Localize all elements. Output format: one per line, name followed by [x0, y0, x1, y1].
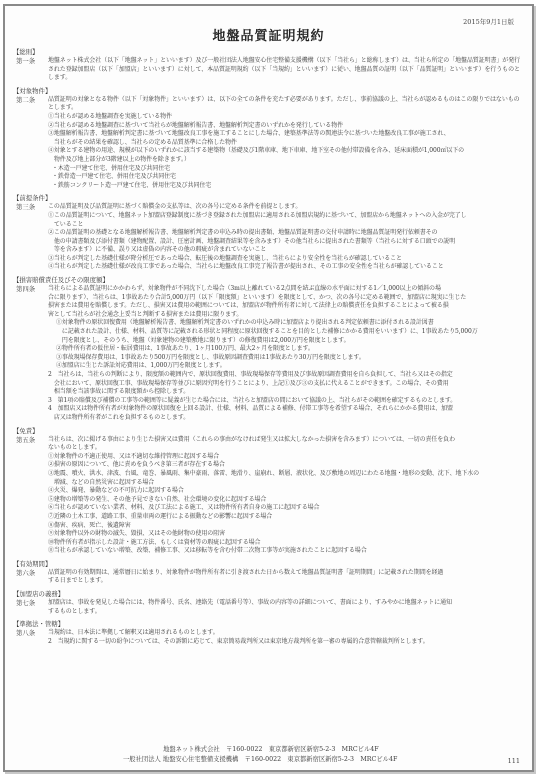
section-target-property: 【対象物件】 第二条 品質証明の対象となる物件（以下「対象物件」といいます）は、… — [13, 87, 522, 191]
numbered-paragraph: 会社において、原状回復工事、事故現場保存等並びに原因究明を行うことにより、上記①… — [48, 380, 522, 389]
article-text: 合に限ります）、当社らは、1事故あたり合計5,000万円（以下「限度額」といいま… — [48, 294, 522, 303]
list-item: ③地震、噴火、洪水、津波、台風、竜巻、暴風雨、集中豪雨、落雷、地滑り、崖崩れ、断… — [48, 470, 522, 479]
sub-item: ・鉄筋コンクリート造一戸建て住宅、併用住宅及び共同住宅 — [48, 182, 522, 191]
list-item: ①当社らが認める地盤調査を実施している物件 — [48, 113, 522, 122]
list-item: ①対象物件の原状回復費用（地盤解析報告書、地盤解析判定書のいずれかの申込み時に加… — [48, 319, 522, 328]
list-item: ⑨対象物件以外の財物の滅失、毀損、又はその他財物の使用の阻害 — [48, 530, 522, 539]
section-governing-law: 【準拠法・管轄】 第八条 当規約は、日本法に準拠して解釈又は適用されるものとしま… — [13, 620, 522, 646]
list-item: 等を含みます）に不備、誤り又は虚偽の内容その他の瑕疵が含まれていないこと — [48, 246, 522, 255]
article-text: 当社らは、次に掲げる事由により生じた損害又は費用（これらの事由がなければ発生又は… — [48, 436, 522, 445]
document-body: 【総則】 第一条 地盤ネット株式会社（以下「地盤ネット」といいます）及び一般社団… — [13, 48, 522, 650]
article-text: 地盤ネット株式会社（以下「地盤ネット」といいます）及び一般社団法人地盤安心住宅整… — [48, 57, 522, 83]
sub-item: ・木造一戸建て住宅、併用住宅及び共同住宅 — [48, 165, 522, 174]
section-heading: 【免責】 — [13, 427, 522, 436]
article-text: 品質証明の対象となる物件（以下「対象物件」といいます）は、以下の全ての条件を充た… — [48, 96, 522, 113]
article-text: この品質証明及び品質証明に基づく賠償金の支払等は、次の各号に定める条件を前提とし… — [48, 203, 522, 212]
section-member-obligations: 【加盟店の義務】 第七条 加盟店は、事故を発見した場合には、物件番号、氏名、連絡… — [13, 590, 522, 616]
article-number: 第八条 — [13, 629, 48, 646]
article-6: 第六条 品質証明の有効期間は、通常暦日に始まり、対象物件が物件所有者に引き渡され… — [13, 569, 522, 586]
list-item: ②当社らが認める地盤調査に基づいて当社らが地盤解析報告書、地盤解析判定書のいずれ… — [48, 122, 522, 131]
list-item: ⑧傷害、疾病、死亡、後遺障害 — [48, 522, 522, 531]
list-item: ②物件所有者の仮住居・転居費用は、1事故あたり、1ヶ月100万円、最大2ヶ月を限… — [48, 345, 522, 354]
section-heading: 【加盟店の義務】 — [13, 590, 522, 599]
article-number: 第四条 — [13, 285, 48, 423]
document-title: 地盤品質証明規約 — [5, 25, 532, 44]
section-general: 【総則】 第一条 地盤ネット株式会社（以下「地盤ネット」といいます）及び一般社団… — [13, 48, 522, 83]
article-text: 当社らによる品質証明にかかわらず、対象物件が不同沈下した場合（3m以上離れている… — [48, 285, 522, 294]
article-number: 第二条 — [13, 96, 48, 191]
list-item: ①この品質証明について、地盤ネット加盟店登録制度に基づき登録された加盟店に適用さ… — [48, 212, 522, 221]
article-text: 2 当規約に関する一切の紛争については、その訴額に応じて、東京簡易裁判所又は東京… — [48, 638, 522, 647]
document-page: 2015年9月1日版 地盤品質証明規約 【総則】 第一条 地盤ネット株式会社（以… — [3, 4, 534, 772]
list-item: ④加盟店に生じた訴訟対応費用は、1,000万円を限度とします。 — [48, 362, 522, 371]
section-exemption: 【免責】 第五条 当社らは、次に掲げる事由により生じた損害又は費用（これらの事由… — [13, 427, 522, 556]
numbered-paragraph: 2 当社らは、当社らの判断により、限度額の範囲内で、原状回復費用、事故現場保存等… — [48, 371, 522, 380]
article-number: 第三条 — [13, 203, 48, 272]
numbered-paragraph: 4 加盟店又は物件所有者が対象物件の原状回復を上回る設計、仕様、材料、品質による… — [48, 405, 522, 414]
article-text: ないものとします。 — [48, 444, 522, 453]
article-5: 第五条 当社らは、次に掲げる事由により生じた損害又は費用（これらの事由がなければ… — [13, 436, 522, 556]
article-text: するものとします。 — [48, 608, 522, 617]
article-1: 第一条 地盤ネット株式会社（以下「地盤ネット」といいます）及び一般社団法人地盤安… — [13, 57, 522, 83]
section-validity-period: 【有効期間】 第六条 品質証明の有効期間は、通常暦日に始まり、対象物件が物件所有… — [13, 560, 522, 586]
section-heading: 【準拠法・管轄】 — [13, 620, 522, 629]
article-7: 第七条 加盟店は、事故を発見した場合には、物件番号、氏名、連絡先（電話番号等）、… — [13, 599, 522, 616]
association-address: 一般社団法人 地盤安心住宅整備支援機構 〒160-0022 東京都新宿区新宿5-… — [123, 755, 397, 765]
list-item: 円を限度とし、そのうち、地盤（対象建物の建築敷地に限ります）の修復費用は2,00… — [48, 337, 522, 346]
list-item: ②この品質証明の基礎となる地盤解析報告書、地盤解析判定書の申込み時の提出書類、地… — [48, 229, 522, 238]
article-3: 第三条 この品質証明及び品質証明に基づく賠償金の支払等は、次の各号に定める条件を… — [13, 203, 522, 272]
section-preconditions: 【前提条件】 第三条 この品質証明及び品質証明に基づく賠償金の支払等は、次の各号… — [13, 194, 522, 272]
numbered-paragraph: 相当額を当該事故に関する限度額から控除します。 — [48, 388, 522, 397]
list-item: ⑥当社らが認めていない業者、材料、及び工法による施工、又は物件所有者自身の施工に… — [48, 504, 522, 513]
numbered-paragraph: 店又は物件所有者がこれを負担するものとします。 — [48, 414, 522, 423]
article-number: 第一条 — [13, 57, 48, 83]
page-number: 111 — [508, 757, 520, 765]
article-text: 損害または費用を賠償します。ただし、損害又は費用の範囲については、加盟店が物件所… — [48, 302, 522, 311]
section-heading: 【損害賠償責任及びその限度額】 — [13, 276, 522, 285]
list-item: ⑦近隣の土木工事、道路工事、重量車両の運行による振動などの影響に起因する場合 — [48, 513, 522, 522]
article-4: 第四条 当社らによる品質証明にかかわらず、対象物件が不同沈下した場合（3m以上離… — [13, 285, 522, 423]
article-text: 品質証明の有効期間は、通常暦日に始まり、対象物件が物件所有者に引き渡された日から… — [48, 569, 522, 578]
article-8: 第八条 当規約は、日本法に準拠して解釈又は適用されるものとします。 2 当規約に… — [13, 629, 522, 646]
article-number: 第七条 — [13, 599, 48, 616]
list-item: 物件及び地上部分が3階建以上の物件を除きます。） — [48, 156, 522, 165]
list-item: ④対象とする建物の用途、規模が以下のいずれかに該当する建築物（基礎及び1階車庫、… — [48, 147, 522, 156]
list-item: に記載された設計、仕様、材料、品質等に記載される形状と同程度に原状回復することを… — [48, 328, 522, 337]
section-heading: 【有効期間】 — [13, 560, 522, 569]
list-item: ②損害の原因について、他に責めを負うべき第三者が存在する場合 — [48, 461, 522, 470]
list-item: ④火災、爆発、暴動などの不可抗力に起因する場合 — [48, 487, 522, 496]
list-item: ⑪当社らが承認していない増築、改築、補修工事、又は移転等を含む付帯二次物工事等が… — [48, 547, 522, 556]
article-text: 当規約は、日本法に準拠して解釈又は適用されるものとします。 — [48, 629, 522, 638]
article-2: 第二条 品質証明の対象となる物件（以下「対象物件」といいます）は、以下の全ての条… — [13, 96, 522, 191]
sub-item: ・鉄骨造一戸建て住宅、併用住宅及び共同住宅 — [48, 173, 522, 182]
list-item: ていること — [48, 221, 522, 230]
list-item: ④当社らが判定した基礎仕様が改良工事であった場合、当社らに地盤改良工事完了報告書… — [48, 263, 522, 272]
article-number: 第六条 — [13, 569, 48, 586]
article-number: 第五条 — [13, 436, 48, 556]
list-item: 増減、などの自然災害に起因する場合 — [48, 479, 522, 488]
list-item: 他の申請書類及び添付書類（建物配置、設計、圧密計画、地盤調査結果等を含みます）そ… — [48, 238, 522, 247]
list-item: ⑩物件所有者が指示した設計・施工方法、もしくは資材等の瑕疵に起因する場合 — [48, 539, 522, 548]
section-heading: 【総則】 — [13, 48, 522, 57]
section-heading: 【前提条件】 — [13, 194, 522, 203]
company-address: 地盤ネット株式会社 〒160-0022 東京都新宿区新宿5-2-3 MRCビル4… — [163, 745, 379, 755]
section-liability: 【損害賠償責任及びその限度額】 第四条 当社らによる品質証明にかかわらず、対象物… — [13, 276, 522, 423]
section-heading: 【対象物件】 — [13, 87, 522, 96]
list-item: ③地盤解析報告書、地盤解析判定書に基づいて地盤改良工事を施工することにした場合、… — [48, 130, 522, 139]
article-text: 加盟店は、事故を発見した場合には、物件番号、氏名、連絡先（電話番号等）、事故の内… — [48, 599, 522, 608]
article-text: する日までとします。 — [48, 577, 522, 586]
